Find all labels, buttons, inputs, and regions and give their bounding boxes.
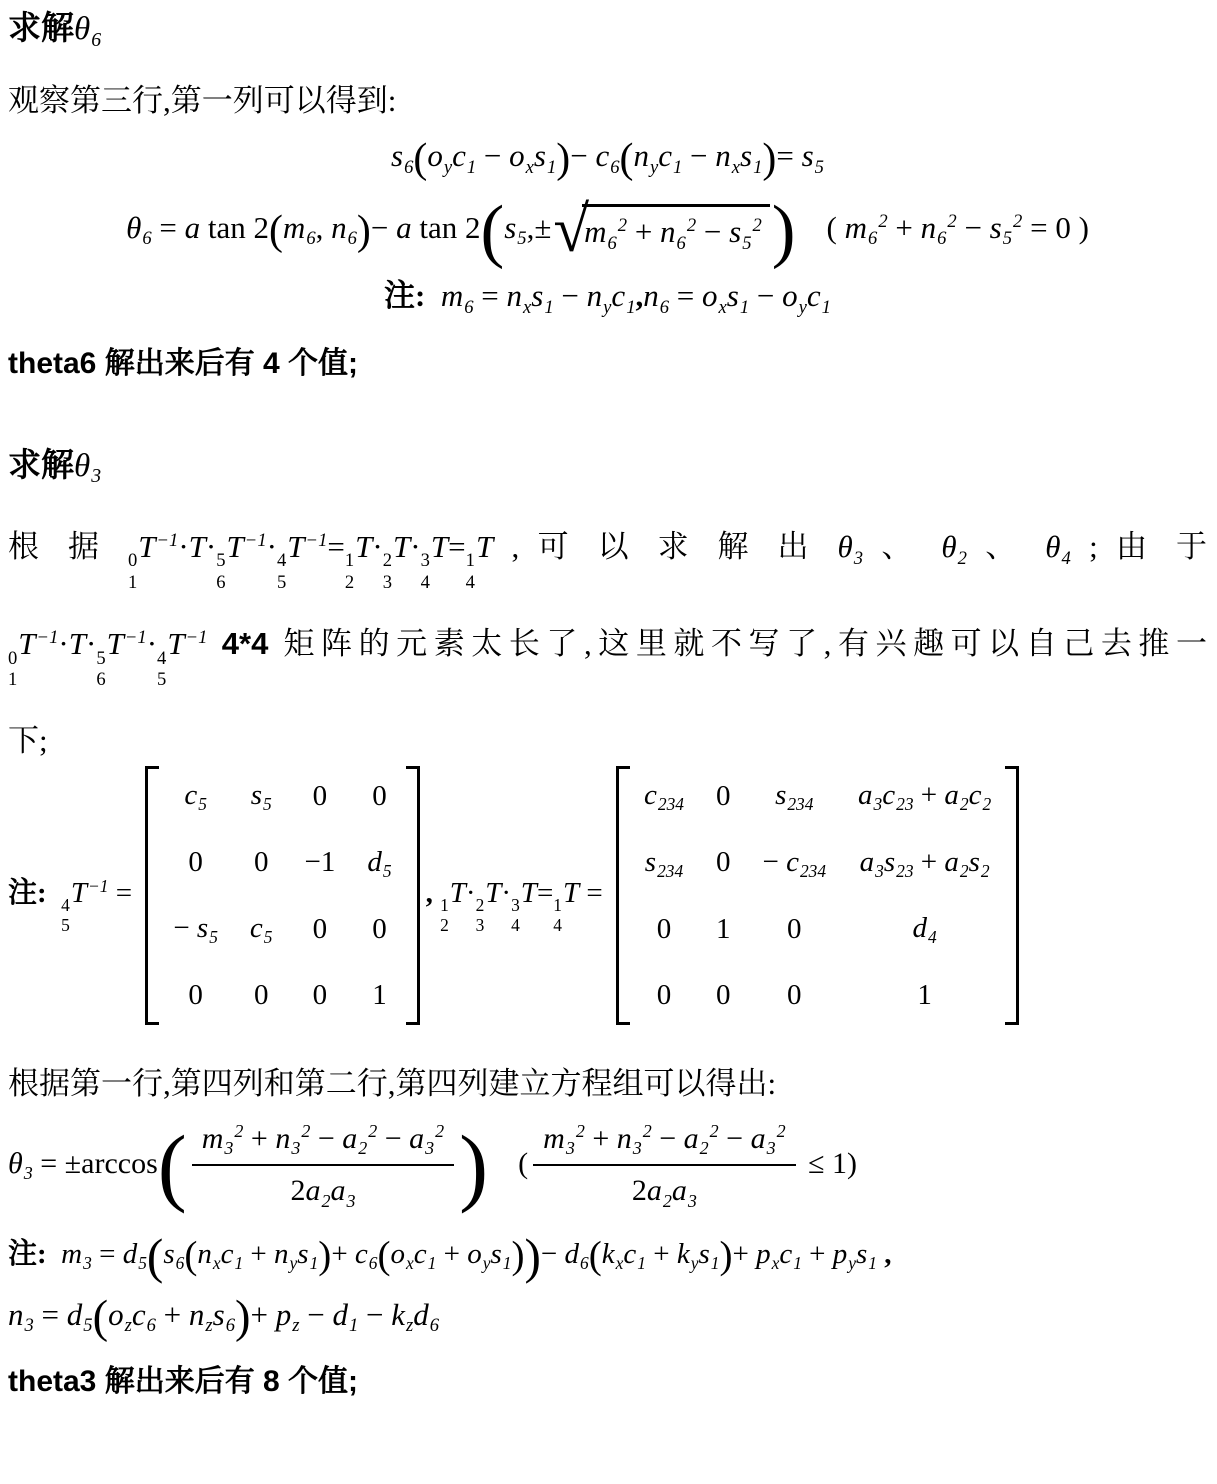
statement-theta3-values: theta3 解出来后有 8 个值; (8, 1362, 1207, 1403)
paragraph-observe: 观察第三行,第一列可以得到: (8, 80, 1207, 122)
note-inverse-transform-matrices: 注: 45T−1 = c5s50000−1d5− s5c5000001, 12T… (8, 766, 1207, 1025)
section-title-theta6: 求解θ6 (8, 6, 1207, 54)
statement-theta6-values: theta6 解出来后有 4 个值; (8, 344, 1207, 385)
paragraph-basis-line2: 01T−1·T·56T−1·45T−1 4*4 矩阵的元素太长了,这里就不写了,… (8, 623, 1207, 690)
equation-row3-col1: s6(oyc1 − oxs1)− c6(nyc1 − nxs1)= s5 (8, 135, 1207, 180)
paragraph-rows-cols: 根据第一行,第四列和第二行,第四列建立方程组可以得出: (8, 1063, 1207, 1105)
document-page: 求解θ6 观察第三行,第一列可以得到: s6(oyc1 − oxs1)− c6(… (0, 0, 1217, 1484)
equation-theta6: θ6 = a tan 2(m6, n6)− a tan 2(s5,±√m62 +… (8, 204, 1207, 257)
equation-n3: n3 = d5(ozc6 + nzs6)+ pz − d1 − kzd6 (8, 1294, 1207, 1339)
paragraph-basis-line1: 根 据 01T−1·T·56T−1·45T−1=12T·23T·34T=14T … (8, 526, 1207, 593)
note-m3: 注: m3 = d5(s6(nxc1 + nys1)+ c6(oxc1 + oy… (8, 1235, 1207, 1276)
section-title-theta3: 求解θ3 (8, 443, 1207, 491)
equation-theta3: θ3 = ±arccos(m32 + n32 − a22 − a322a2a3)… (8, 1119, 1207, 1213)
paragraph-basis-line3: 下; (8, 720, 1207, 762)
note-m6-n6: 注: m6 = nxs1 − nyc1,n6 = oxs1 − oyc1 (8, 275, 1207, 320)
